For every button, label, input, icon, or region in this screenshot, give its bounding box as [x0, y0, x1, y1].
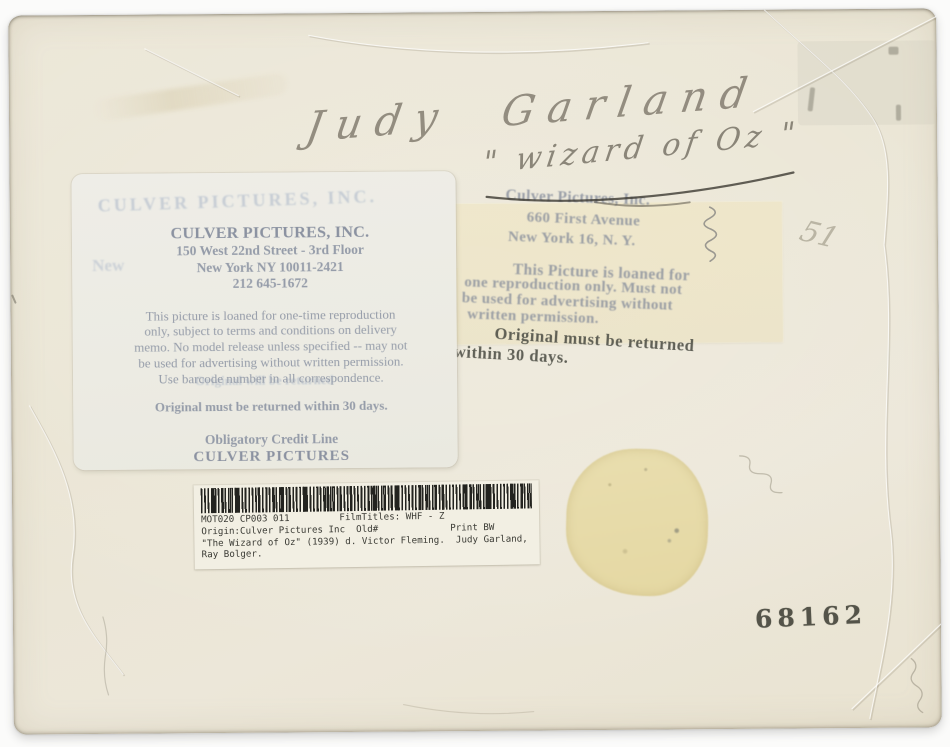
residue-mark — [808, 87, 816, 111]
barcode-label: MOT020 CP003 011 FilmTitles: WHF - Z Ori… — [194, 480, 540, 569]
tape-residue-patch — [797, 40, 936, 125]
culver-pictures-label: CULVER PICTURES, INC. New Original will … — [71, 171, 457, 470]
label-terms: This picture is loaned for one-time repr… — [84, 306, 457, 388]
archive-number-stamp: 68162 — [754, 600, 867, 634]
barcode — [201, 483, 532, 513]
stamp-line: 660 First Avenue — [526, 210, 640, 231]
label-terms-line: be used for advertising without written … — [85, 353, 457, 372]
stain-smudge — [92, 72, 289, 123]
label-phone: 212 645-1672 — [84, 274, 456, 293]
residue-mark — [888, 47, 898, 55]
old-culver-rubber-stamp: Culver Pictures, Inc. 660 First Avenue N… — [451, 185, 788, 387]
photo-verso-paper: Judy Garland " wizard of Oz " 51 Culver … — [8, 8, 942, 734]
stamp-line: written permission. — [467, 306, 599, 328]
label-terms-line: Use barcode number in all correspondence… — [85, 369, 457, 388]
scan-background: { "handwriting": { "line1": "Judy Garlan… — [0, 0, 950, 747]
adhesive-residue-blob — [564, 447, 710, 598]
label-return-notice: Original must be returned within 30 days… — [85, 398, 457, 417]
label-credit-line: CULVER PICTURES — [86, 447, 458, 468]
stamp-line: New York 16, N. Y. — [508, 229, 636, 251]
residue-mark — [896, 105, 901, 121]
label-text-block: CULVER PICTURES, INC. 150 West 22nd Stre… — [71, 171, 457, 467]
handwriting-number-51: 51 — [795, 214, 843, 255]
stamp-line: Culver Pictures, Inc. — [505, 187, 650, 210]
